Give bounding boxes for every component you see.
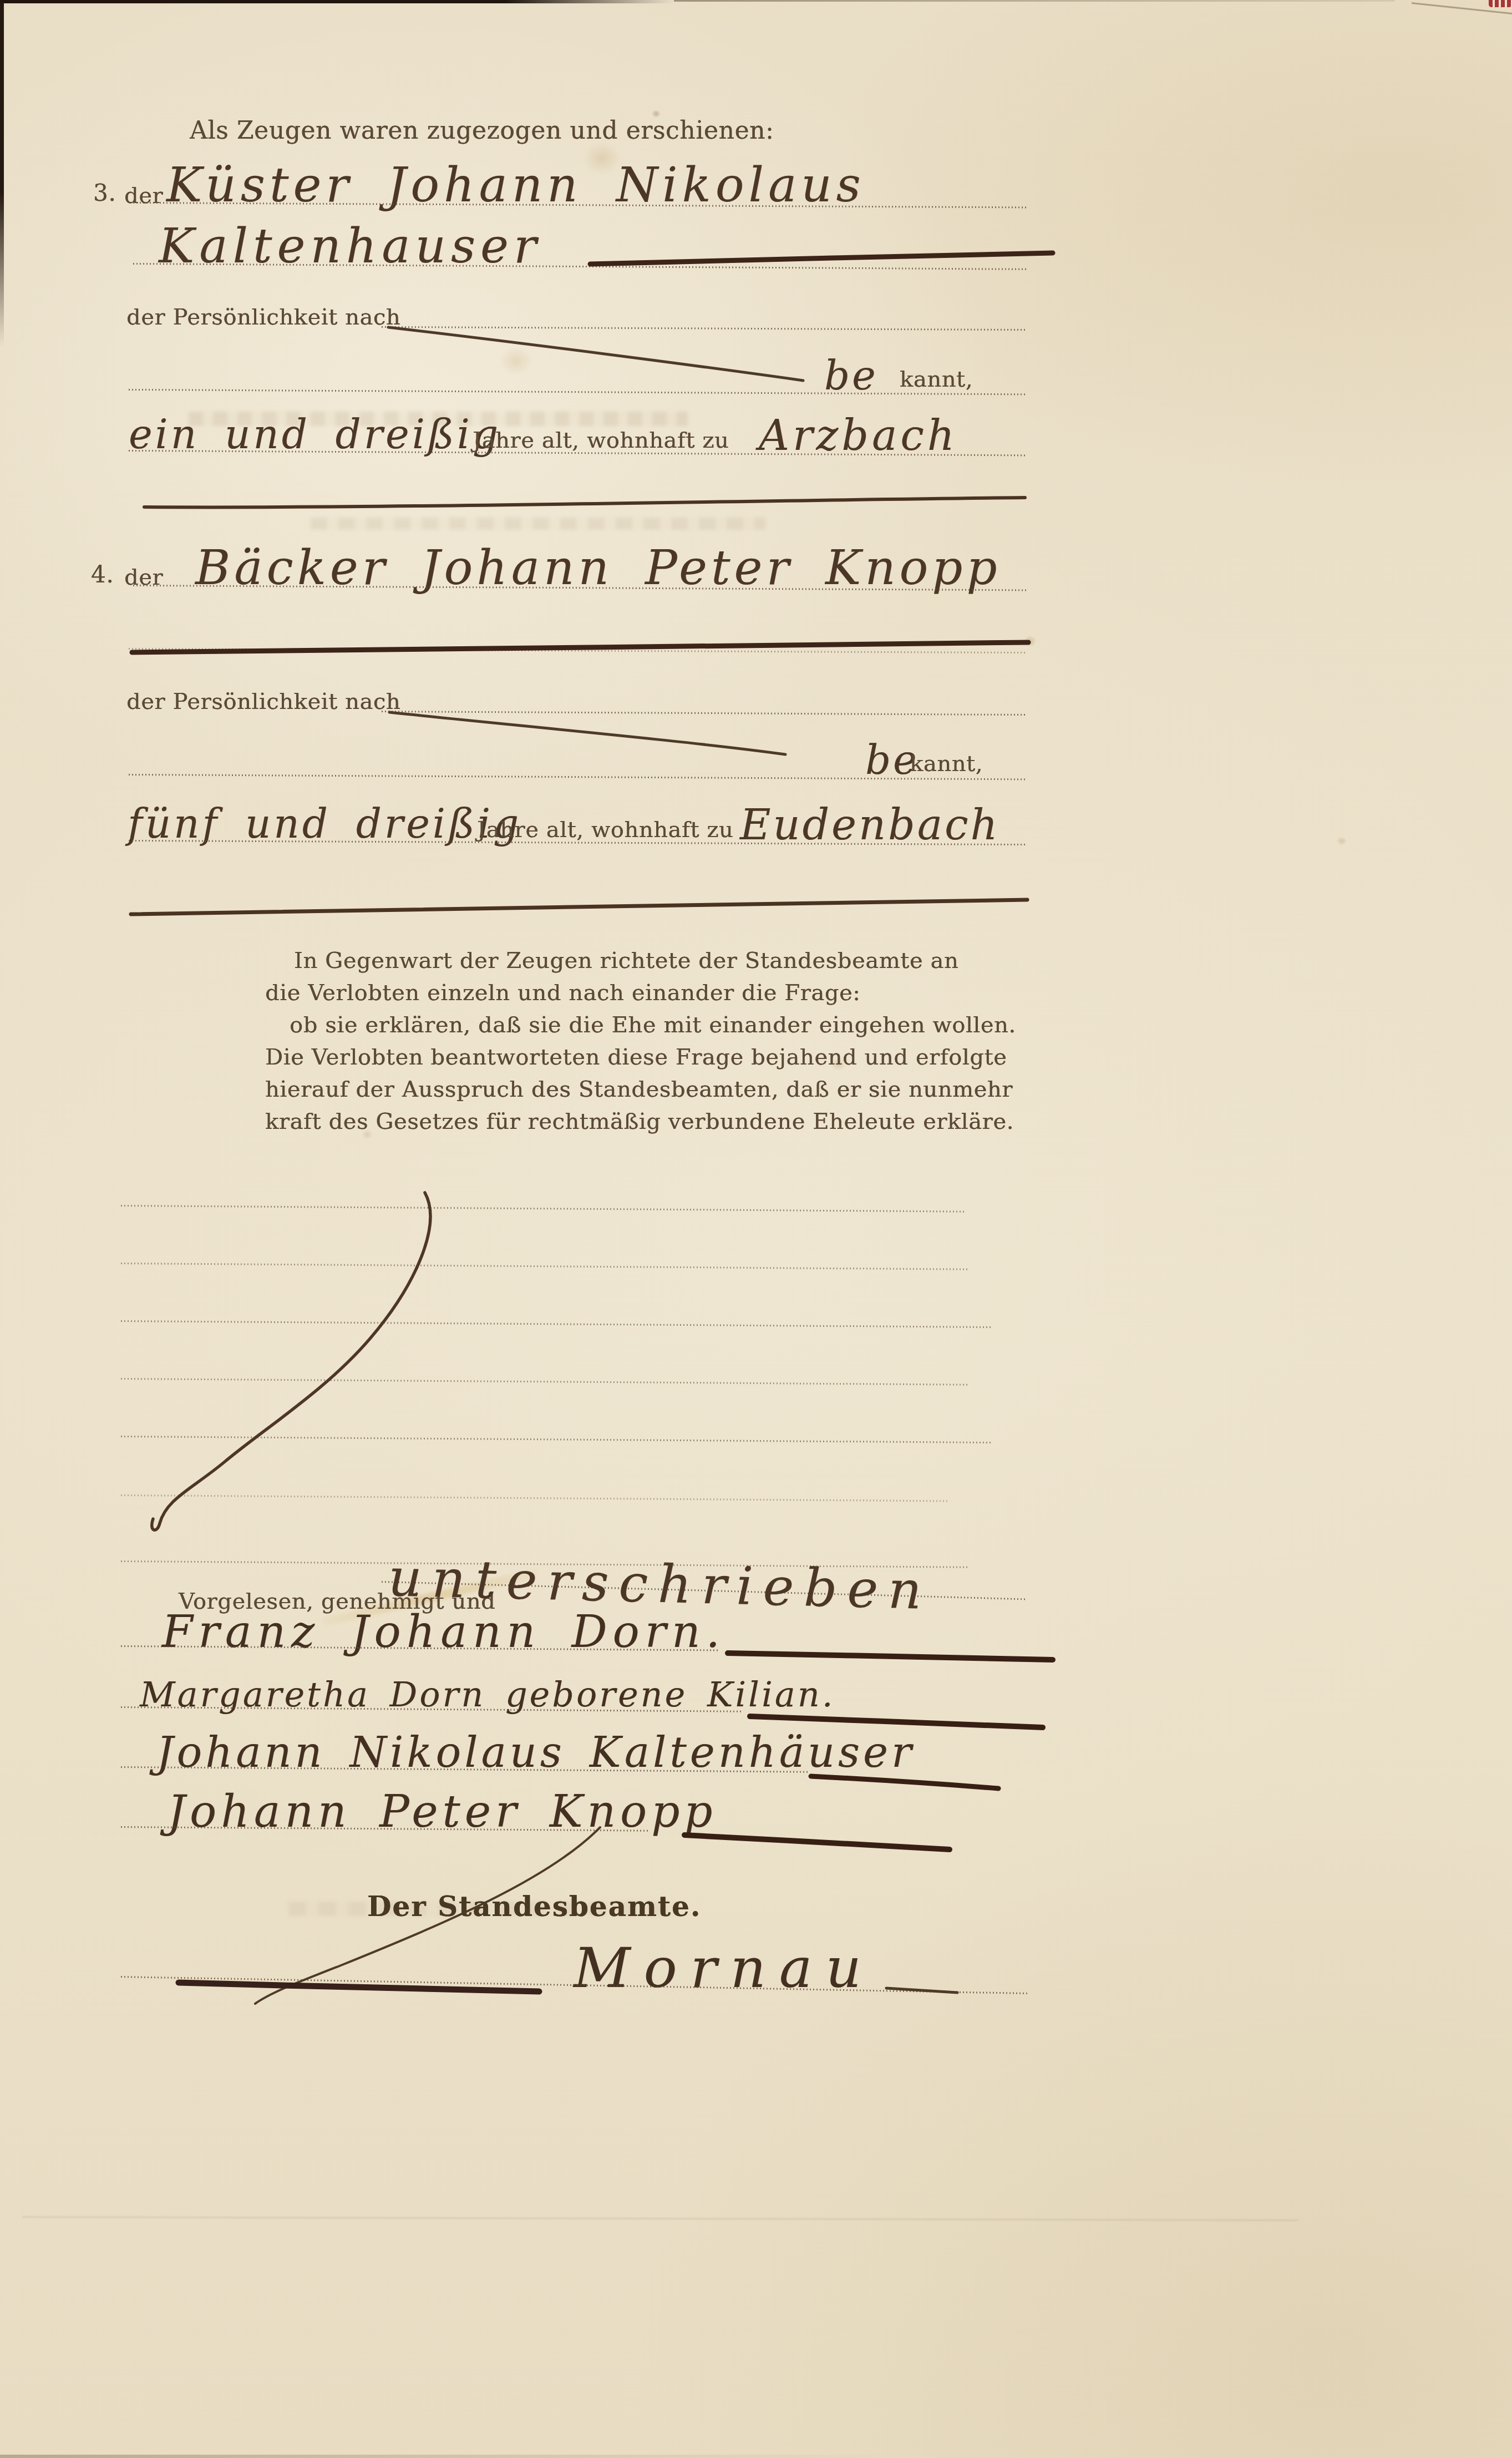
witness4-identity-suffix: kannt, — [910, 753, 983, 775]
witness3-identity-handwritten: be — [824, 356, 878, 396]
ink-stroke-sig1 — [728, 1653, 1053, 1660]
ink-strokes-overlay — [0, 0, 1512, 2458]
ink-stroke-diagonal-w4 — [389, 712, 785, 754]
registrar-label: Der Standesbeamte. — [367, 1893, 701, 1920]
dotted-rule — [121, 1320, 993, 1328]
ink-stroke-sig4 — [684, 1835, 950, 1849]
declaration-line: die Verlobten einzeln und nach einander … — [265, 982, 860, 1004]
witness4-identity-label: der Persönlichkeit nach — [126, 691, 400, 713]
witnesses-heading: Als Zeugen waren zugezogen und erschiene… — [190, 119, 774, 143]
paper-stain — [1337, 837, 1347, 845]
witness3-age-printed: Jahre alt, wohnhaft zu — [473, 429, 729, 452]
dotted-rule — [382, 326, 1027, 331]
page-edge-left — [0, 3, 4, 347]
page-edge-top — [0, 0, 674, 3]
ink-stroke-cancellation-curve — [152, 1193, 430, 1530]
ink-stroke-rule-w3 — [144, 498, 1025, 507]
page-edge-bottom — [0, 2455, 887, 2458]
declaration-line: kraft des Gesetzes für rechtmäßig verbun… — [265, 1111, 1014, 1133]
dotted-rule — [121, 1494, 947, 1502]
witness3-residence-handwritten: Arzbach — [759, 414, 958, 457]
dotted-rule — [129, 389, 1027, 395]
dotted-rule — [121, 1263, 970, 1270]
ink-stroke-sig3 — [811, 1776, 998, 1788]
paper-crease — [22, 2216, 1298, 2221]
dotted-rule — [382, 711, 1027, 716]
declaration-line: hierauf der Ausspruch des Standesbeamten… — [265, 1078, 1013, 1101]
witness3-identity-label: der Persönlichkeit nach — [126, 306, 400, 328]
ink-stroke-rule-w4 — [131, 900, 1027, 914]
witness4-name-handwritten: Bäcker Johann Peter Knopp — [195, 544, 1001, 592]
dotted-rule — [121, 1436, 993, 1443]
ink-stroke-diagonal-w3 — [388, 327, 803, 381]
book-endband — [1489, 0, 1512, 7]
ink-stroke-fill-line-w3 — [590, 253, 1053, 264]
page-edge-top-right — [674, 0, 1395, 2]
witness3-age-handwritten: ein und dreißig — [129, 414, 501, 454]
witness4-age-printed: Jahre alt, wohnhaft zu — [477, 819, 733, 841]
witness4-number: 4. — [91, 563, 114, 586]
declaration-line: ob sie erklären, daß sie die Ehe mit ein… — [290, 1014, 1016, 1036]
paper-stain — [1024, 636, 1036, 647]
witness3-name-handwritten: Küster Johann Nikolaus — [166, 161, 865, 209]
paper-stain — [499, 347, 532, 376]
witness3-identity-suffix: kannt, — [900, 368, 973, 391]
witness4-residence-handwritten: Eudenbach — [740, 804, 999, 846]
declaration-line: In Gegenwart der Zeugen richtete der Sta… — [294, 950, 958, 972]
witness4-age-handwritten: fünf und dreißig — [128, 804, 521, 844]
witness3-number: 3. — [93, 181, 116, 205]
declaration-line: Die Verlobten beantworteten diese Frage … — [265, 1046, 1007, 1068]
dotted-rule — [121, 1378, 970, 1386]
dotted-rule — [121, 1205, 966, 1213]
bleed-through-text — [311, 518, 765, 530]
registry-page-scan: Als Zeugen waren zugezogen und erschiene… — [0, 0, 1512, 2458]
ink-stroke-sig2 — [750, 1716, 1043, 1727]
dotted-rule — [129, 648, 1027, 653]
